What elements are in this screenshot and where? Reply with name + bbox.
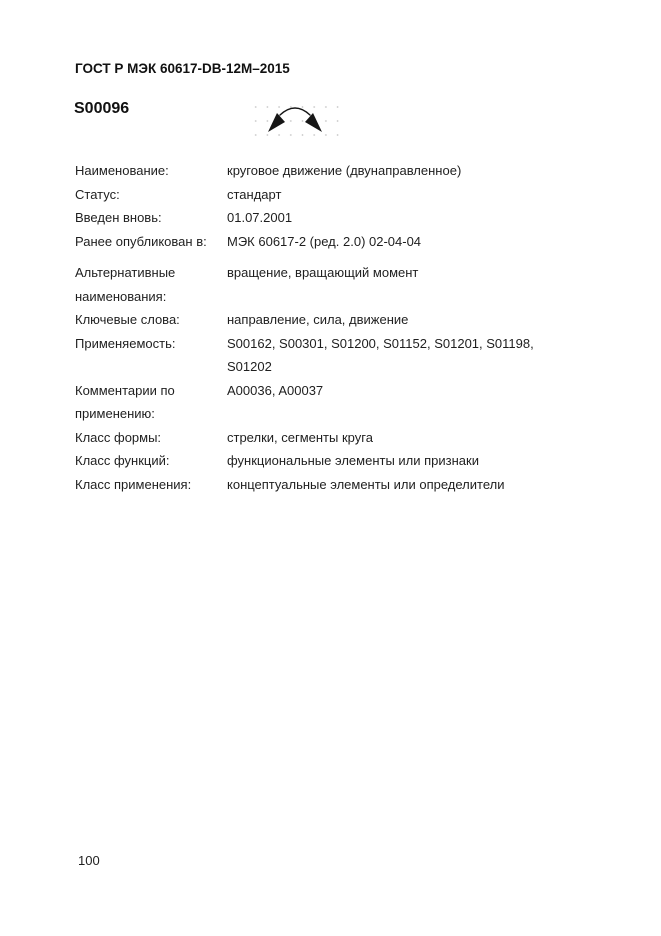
document-header: ГОСТ Р МЭК 60617-DB-12M–2015 [75,61,290,76]
property-row-function-class: Класс функций: функциональные элементы и… [75,449,570,473]
property-value: 01.07.2001 [227,206,557,230]
property-value: A00036, A00037 [227,379,557,403]
symbol-id: S00096 [74,100,129,118]
property-value: МЭК 60617-2 (ред. 2.0) 02-04-04 [227,230,557,254]
property-value: концептуальные элементы или определители [227,473,557,497]
property-row-reintroduced: Введен вновь: 01.07.2001 [75,206,570,230]
document-page: { "document": { "header": "ГОСТ Р МЭК 60… [0,0,661,936]
property-label: Альтернативные наименования: [75,261,227,308]
property-value: функциональные элементы или признаки [227,449,557,473]
property-row-application-comments: Комментарии по применению: A00036, A0003… [75,379,570,426]
property-label: Введен вновь: [75,206,227,230]
property-value: стрелки, сегменты круга [227,426,557,450]
property-row-applicability: Применяемость: S00162, S00301, S01200, S… [75,332,570,379]
property-label: Статус: [75,183,227,207]
property-label: Наименование: [75,159,227,183]
property-row-keywords: Ключевые слова: направление, сила, движе… [75,308,570,332]
property-value: вращение, вращающий момент [227,261,557,285]
property-value: направление, сила, движение [227,308,557,332]
circular-motion-symbol-icon [243,92,347,154]
dot-grid [252,97,339,147]
property-table: Наименование: круговое движение (двунапр… [75,159,570,496]
property-label: Ранее опубликован в: [75,230,227,254]
property-label: Ключевые слова: [75,308,227,332]
property-value: стандарт [227,183,557,207]
property-row-alternative-names: Альтернативные наименования: вращение, в… [75,261,570,308]
property-label: Класс применения: [75,473,227,497]
property-label: Применяемость: [75,332,227,356]
property-label: Комментарии по применению: [75,379,227,426]
property-row-previously-published: Ранее опубликован в: МЭК 60617-2 (ред. 2… [75,230,570,254]
property-value: круговое движение (двунаправленное) [227,159,557,183]
property-row-application-class: Класс применения: концептуальные элемент… [75,473,570,497]
property-row-shape-class: Класс формы: стрелки, сегменты круга [75,426,570,450]
property-row-name: Наименование: круговое движение (двунапр… [75,159,570,183]
property-value: S00162, S00301, S01200, S01152, S01201, … [227,332,557,379]
property-label: Класс функций: [75,449,227,473]
page-number: 100 [78,852,100,870]
property-row-status: Статус: стандарт [75,183,570,207]
property-label: Класс формы: [75,426,227,450]
